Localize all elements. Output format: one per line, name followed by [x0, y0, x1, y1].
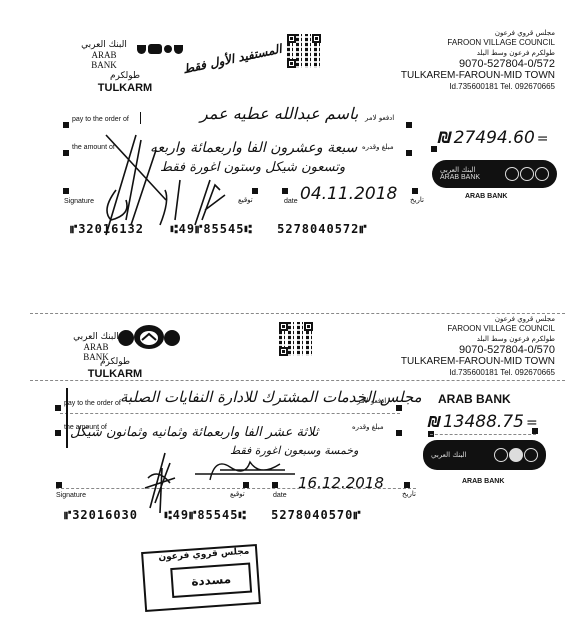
pill-bank-name-en: ARAB BANK: [440, 174, 480, 182]
date-label-ar: تاريخ: [410, 196, 424, 204]
account-holder-name-ar: مجلس قروي فرعون: [385, 28, 555, 38]
bank-rings-icon: [505, 167, 549, 181]
field-marker: [282, 188, 288, 194]
micr-account: 5278040570⑈: [271, 508, 361, 522]
bank-logo: البنك العربي ARAB BANK: [78, 40, 130, 70]
micr-cheque-number: ⑈32016132: [70, 222, 144, 236]
beneficiary-note: المستفيد الأول فقط: [182, 42, 283, 77]
field-marker: [431, 146, 437, 152]
pill-bank-name-ar: البنك العربي: [431, 451, 467, 459]
signature-label-ar: توقيع: [230, 490, 245, 498]
bank-emblem-icon: [137, 44, 183, 54]
field-marker: [63, 122, 69, 128]
bank-name-ar: البنك العربي: [70, 332, 122, 342]
bank-name-en: ARAB BANK: [78, 50, 130, 70]
branch-name: طولكرم TULKARM: [85, 356, 145, 380]
paid-stamp: مجلس قروي فرعون مسددة: [141, 544, 261, 612]
perforation-line: [30, 380, 565, 381]
account-number: 9070-527804-0/572: [385, 58, 555, 70]
field-marker: [63, 188, 69, 194]
micr-account: 5278040572⑈: [277, 222, 367, 236]
field-marker: [412, 188, 418, 194]
bank-brand-pill: البنك العربي: [423, 440, 546, 470]
micr-routing: ⑆49⑈85545⑆: [170, 222, 252, 236]
field-marker: [63, 150, 69, 156]
account-holder-address-ar: طولكرم فرعون وسط البلد: [385, 48, 555, 58]
bank-name-ar: البنك العربي: [78, 40, 130, 50]
amount-figures-box: ₪ 13488.75 =: [428, 412, 538, 432]
amount-words-line-1: ثلاثة عشر الفا واربعمائة وثمانيه وثمانون…: [70, 425, 319, 440]
date-label: date: [273, 492, 287, 499]
signature-label: Signature: [56, 492, 86, 499]
amount-terminator: =: [537, 131, 549, 147]
account-holder-block: مجلس قروي فرعون FAROON VILLAGE COUNCIL ط…: [385, 314, 555, 378]
date-value: 16.12.2018: [298, 474, 384, 492]
bank-emblem-icon: [118, 324, 180, 350]
account-holder-name-en: FAROON VILLAGE COUNCIL: [385, 38, 555, 48]
micr-line: ⑈32016132 ⑆49⑈85545⑆ 5278040572⑈: [70, 222, 368, 236]
amount-figures-box: ₪ 27494.60 =: [438, 128, 549, 148]
field-marker: [272, 482, 278, 488]
bank-rings-icon: [494, 448, 538, 462]
amount-label-ar: مبلغ وقدره: [362, 143, 394, 151]
date-value: 04.11.2018: [300, 184, 397, 204]
qr-code-icon: [279, 322, 313, 356]
signature-scribble: [66, 388, 74, 448]
payee-name: باسم عبدالله عطيه عمر: [200, 104, 358, 123]
pill-bank-name-ar: البنك العربي: [440, 166, 480, 174]
date-label-ar: تاريخ: [402, 490, 416, 498]
signature-scribble: [190, 452, 300, 482]
account-number: 9070-527804-0/570: [385, 344, 555, 356]
field-line: [430, 434, 536, 435]
cheque-1: البنك العربي ARAB BANK طولكرم TULKARM ال…: [0, 0, 565, 260]
field-marker: [55, 430, 61, 436]
field-marker: [243, 482, 249, 488]
field-marker: [404, 482, 410, 488]
currency-symbol: ₪: [438, 128, 452, 147]
field-marker: [252, 188, 258, 194]
stamp-text: مسددة: [170, 563, 252, 599]
date-label: date: [284, 198, 298, 205]
branch-name: طولكرم TULKARM: [95, 70, 155, 94]
bank-header-name: ARAB BANK: [438, 392, 511, 406]
field-marker: [406, 150, 412, 156]
amount-words-line-1: سبعة وعشرون الفا واربعمائة واربعه: [150, 140, 357, 156]
micr-line: ⑈32016030 ⑆49⑈85545⑆ 5278040570⑈: [64, 508, 362, 522]
signature-scribble: [150, 170, 230, 230]
divider: [140, 112, 141, 124]
amount-figures: 27494.60: [454, 128, 535, 148]
bank-brand-pill: البنك العربي ARAB BANK: [432, 160, 557, 188]
currency-symbol: ₪: [428, 413, 441, 431]
stamp-header: مجلس قروي فرعون: [158, 547, 250, 563]
pay-to-label-ar: ادفعو لامر: [365, 114, 394, 122]
signature-label-ar: توقيع: [238, 196, 253, 204]
account-holder-name-ar: مجلس قروي فرعون: [385, 314, 555, 324]
qr-code-icon: [287, 34, 321, 68]
account-holder-id-tel: Id.735600181 Tel. 092670665: [385, 82, 555, 92]
field-marker: [396, 405, 402, 411]
account-holder-block: مجلس قروي فرعون FAROON VILLAGE COUNCIL ط…: [385, 28, 555, 92]
pay-to-label: pay to the order of: [72, 116, 129, 123]
pay-to-label-ar: ادفعو لامر: [357, 397, 386, 405]
field-marker: [55, 405, 61, 411]
signature-label: Signature: [64, 198, 94, 205]
account-holder-address-en: TULKAREM-FAROUN-MID TOWN: [385, 70, 555, 82]
account-holder-id-tel: Id.735600181 Tel. 092670665: [385, 368, 555, 378]
amount-figures: 13488.75: [443, 412, 524, 432]
micr-routing: ⑆49⑈85545⑆: [164, 508, 246, 522]
pill-footer-name: ARAB BANK: [465, 193, 507, 200]
micr-cheque-number: ⑈32016030: [64, 508, 138, 522]
amount-label-ar: مبلغ وقدره: [352, 423, 384, 431]
account-holder-address-en: TULKAREM-FAROUN-MID TOWN: [385, 356, 555, 368]
cheque-2: البنك العربي ARAB BANK طولكرم TULKARM مج…: [0, 300, 565, 540]
field-marker: [406, 122, 412, 128]
pill-footer-name: ARAB BANK: [462, 478, 504, 485]
account-holder-address-ar: طولكرم فرعون وسط البلد: [385, 334, 555, 344]
field-marker: [396, 430, 402, 436]
field-line: [60, 413, 400, 414]
account-holder-name-en: FAROON VILLAGE COUNCIL: [385, 324, 555, 334]
